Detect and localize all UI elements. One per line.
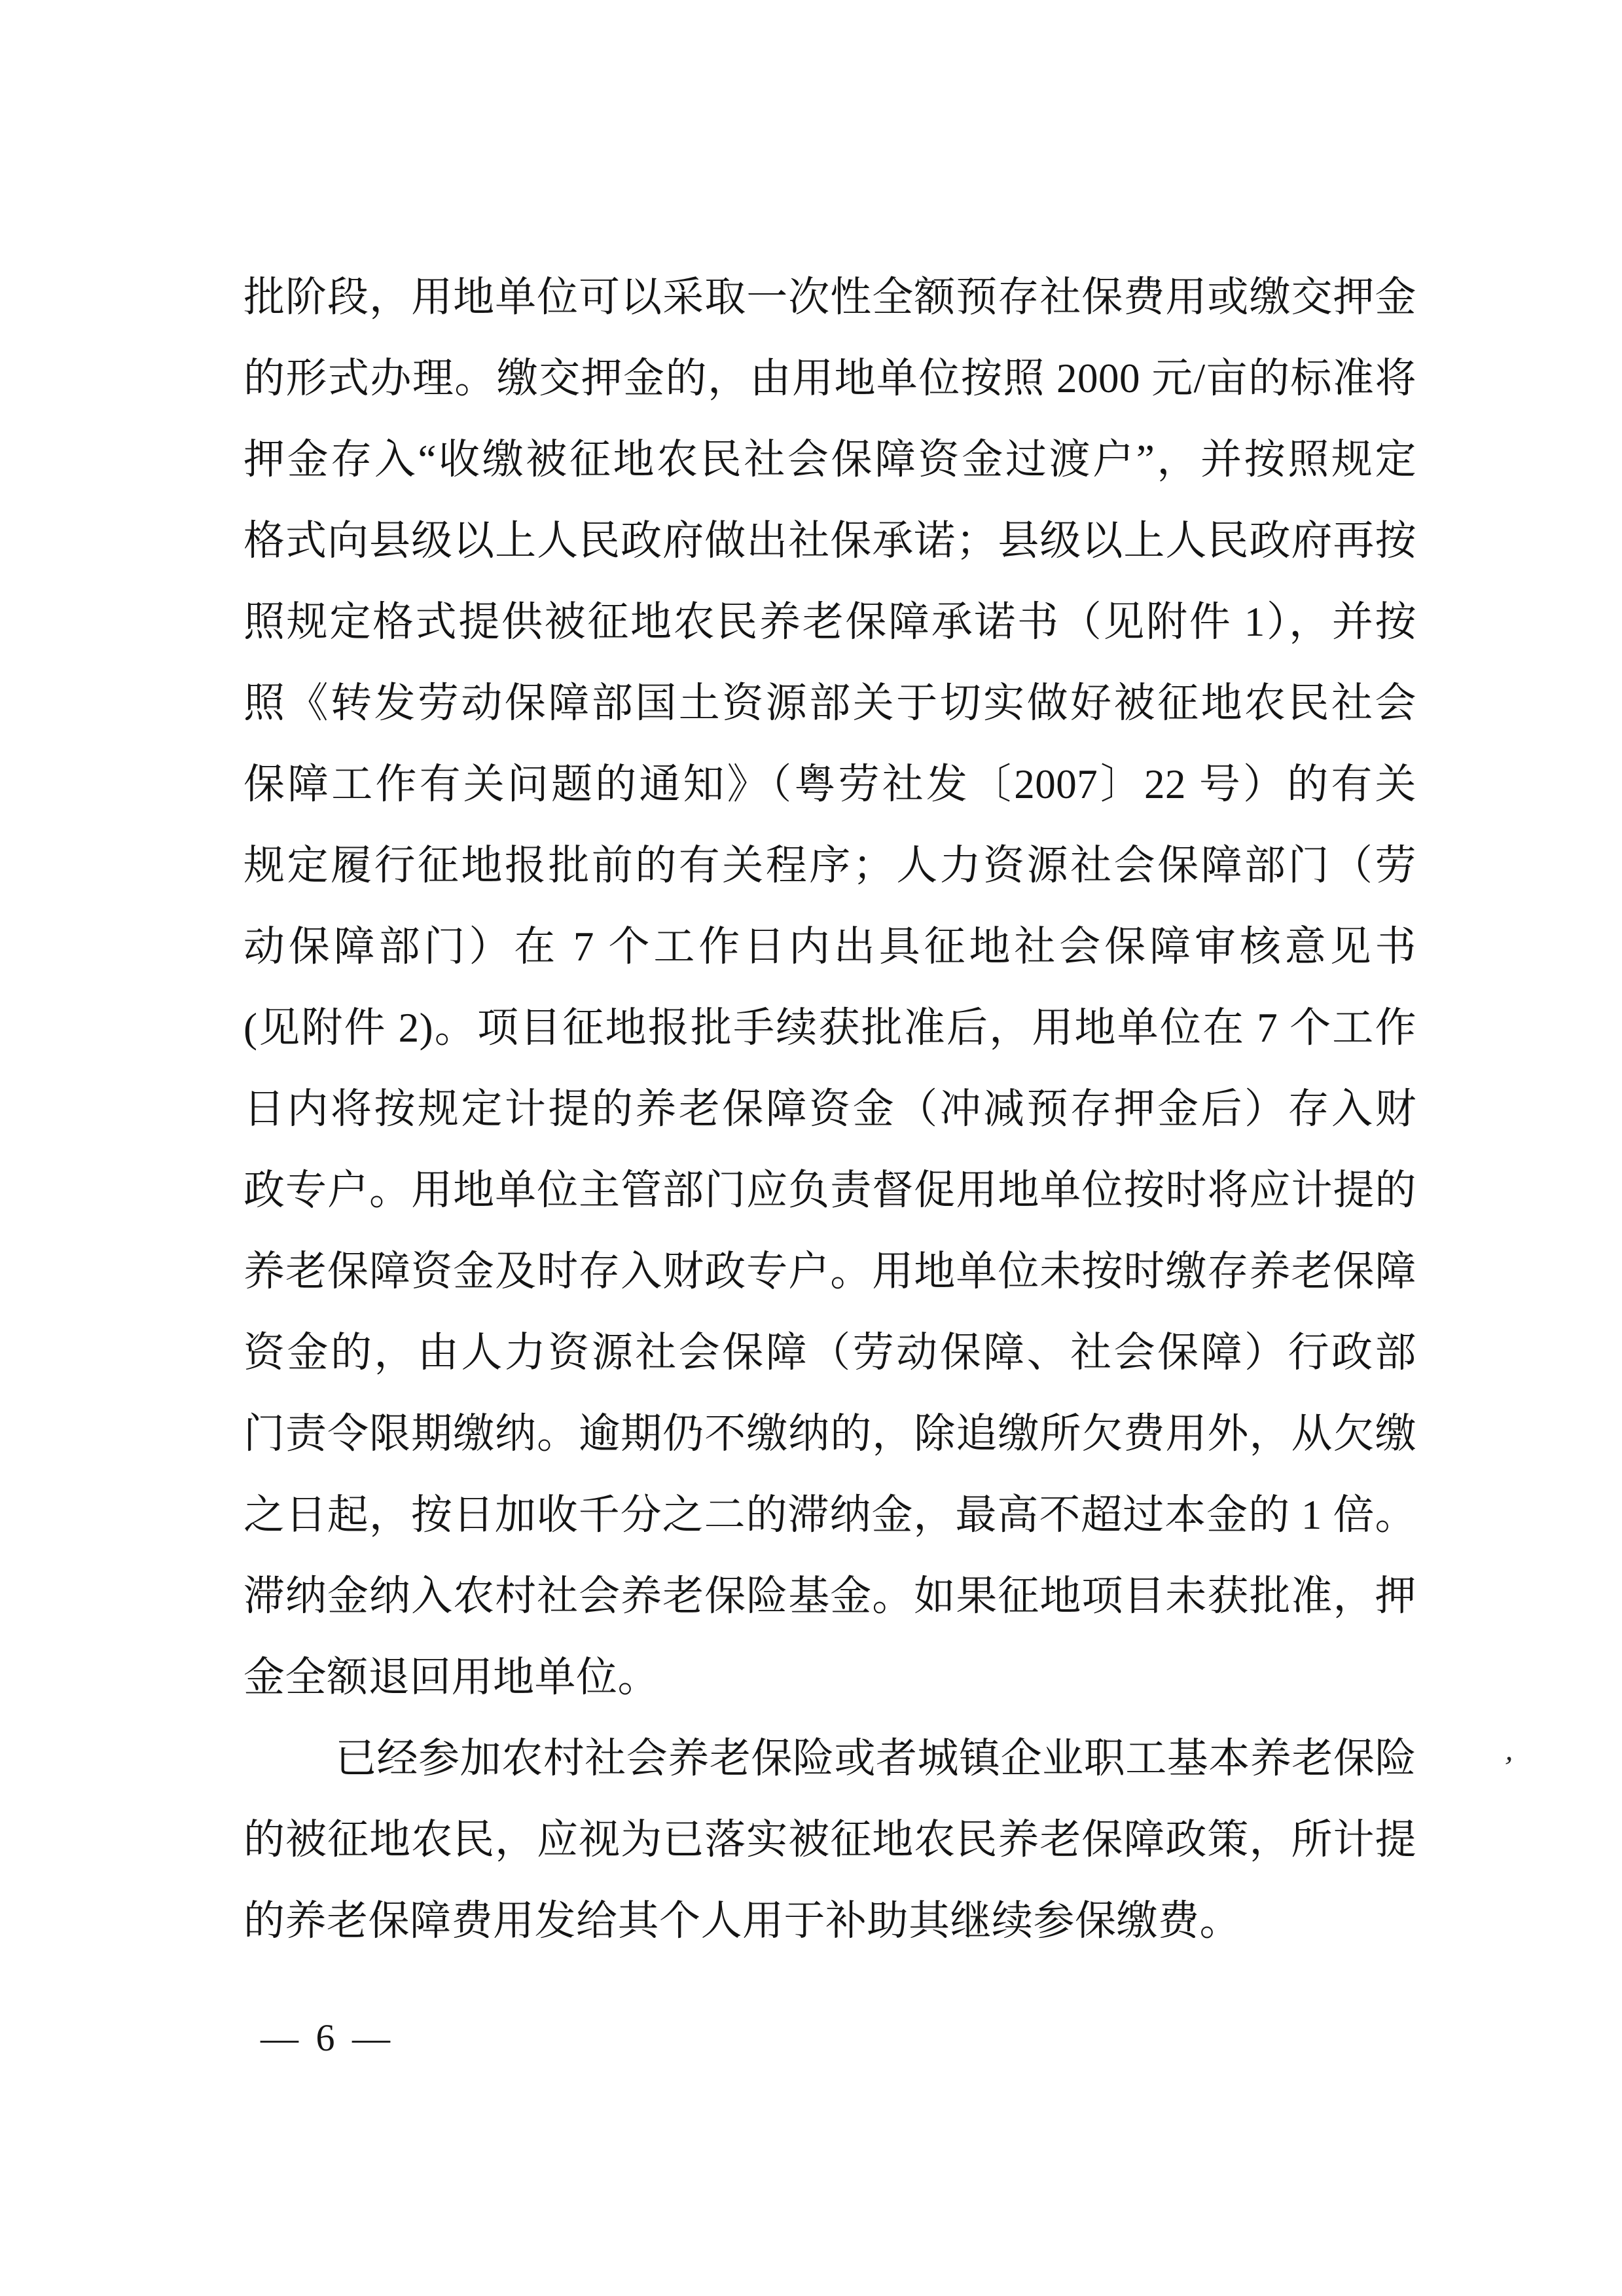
text-line: 照《转发劳动保障部国土资源部关于切实做好被征地农民社会 [243, 663, 1416, 744]
text-line: (见附件 2)。项目征地报批手续获批准后，用地单位在 7 个工作 [243, 987, 1416, 1068]
text-line: 政专户。用地单位主管部门应负责督促用地单位按时将应计提的 [243, 1150, 1416, 1231]
text-line: 的形式办理。缴交押金的，由用地单位按照 2000 元/亩的标准将 [243, 338, 1416, 419]
text-line: 资金的，由人力资源社会保障（劳动保障、社会保障）行政部 [243, 1312, 1416, 1393]
text-line: 规定履行征地报批前的有关程序；人力资源社会保障部门（劳 [243, 825, 1416, 906]
text-line: 的养老保障费用发给其个人用于补助其继续参保缴费。 [243, 1880, 1416, 1961]
body-text: 批阶段，用地单位可以采取一次性全额预存社保费用或缴交押金的形式办理。缴交押金的，… [243, 257, 1416, 1961]
text-line: 格式向县级以上人民政府做出社保承诺；县级以上人民政府再按 [243, 500, 1416, 581]
text-line: 门责令限期缴纳。逾期仍不缴纳的，除追缴所欠费用外，从欠缴 [243, 1393, 1416, 1474]
text-line: 的被征地农民，应视为已落实被征地农民养老保障政策，所计提 [243, 1799, 1416, 1880]
text-line: 押金存入“收缴被征地农民社会保障资金过渡户”，并按照规定 [243, 419, 1416, 500]
text-line: 日内将按规定计提的养老保障资金（冲减预存押金后）存入财 [243, 1068, 1416, 1150]
text-line: 已经参加农村社会养老保险或者城镇企业职工基本养老保险 [243, 1718, 1416, 1799]
text-line: 照规定格式提供被征地农民养老保障承诺书（见附件 1），并按 [243, 581, 1416, 663]
text-line: 金全额退回用地单位。 [243, 1637, 1416, 1718]
text-line: 保障工作有关问题的通知》（粤劳社发〔2007〕22 号）的有关 [243, 744, 1416, 825]
text-line: 之日起，按日加收千分之二的滞纳金，最高不超过本金的 1 倍。 [243, 1474, 1416, 1556]
text-line: 批阶段，用地单位可以采取一次性全额预存社保费用或缴交押金 [243, 257, 1416, 338]
text-line: 养老保障资金及时存入财政专户。用地单位未按时缴存养老保障 [243, 1231, 1416, 1312]
text-line: 动保障部门）在 7 个工作日内出具征地社会保障审核意见书 [243, 906, 1416, 987]
scan-artifact-mark: ’ [1500, 1749, 1515, 1785]
page-number: — 6 — [261, 2015, 394, 2061]
text-line: 滞纳金纳入农村社会养老保险基金。如果征地项目未获批准，押 [243, 1556, 1416, 1637]
document-page: 批阶段，用地单位可以采取一次性全额预存社保费用或缴交押金的形式办理。缴交押金的，… [0, 0, 1622, 2296]
